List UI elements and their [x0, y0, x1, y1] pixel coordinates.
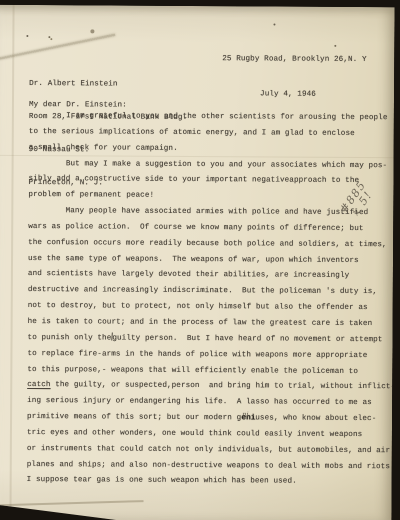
paper-specks	[26, 35, 28, 37]
letter-page: 25 Rugby Road, Brooklyn 26,N. Y July 4, …	[0, 5, 395, 520]
letter-line: tric eyes and other wonders, one would t…	[27, 426, 383, 444]
letter-body: I am grateful to you and the other scien…	[27, 109, 385, 491]
recipient-name: Dr. Albert Einstein	[29, 79, 187, 91]
letter-line: to the serious implications of atomic en…	[29, 125, 385, 143]
letter-line: to replace fire-arms in the hands of pol…	[27, 347, 383, 365]
crease-line	[9, 5, 14, 520]
letter-date: July 4, 1946	[260, 89, 366, 101]
letter-line: a small check for your campaign.	[29, 141, 385, 159]
letter-line: or instruments that could catch not only…	[27, 442, 383, 460]
scan-background: 25 Rugby Road, Brooklyn 26,N. Y July 4, …	[0, 0, 400, 520]
letter-line: the confusion occurs more readily becaus…	[28, 236, 384, 254]
letter-line: to punish only theguilty person. But I h…	[27, 331, 383, 349]
letter-line: I am grateful to you and the other scien…	[29, 109, 385, 127]
return-address: 25 Rugby Road, Brooklyn 26,N. Y	[222, 54, 366, 66]
crease-line	[0, 500, 144, 506]
letter-line: wars as police action. Of course we know…	[28, 220, 384, 238]
handwritten-correction: ni	[242, 407, 248, 423]
letter-line: he is taken to court; and in the process…	[28, 315, 384, 333]
letter-line: I suppose tear gas is one such weapon wh…	[27, 473, 383, 491]
